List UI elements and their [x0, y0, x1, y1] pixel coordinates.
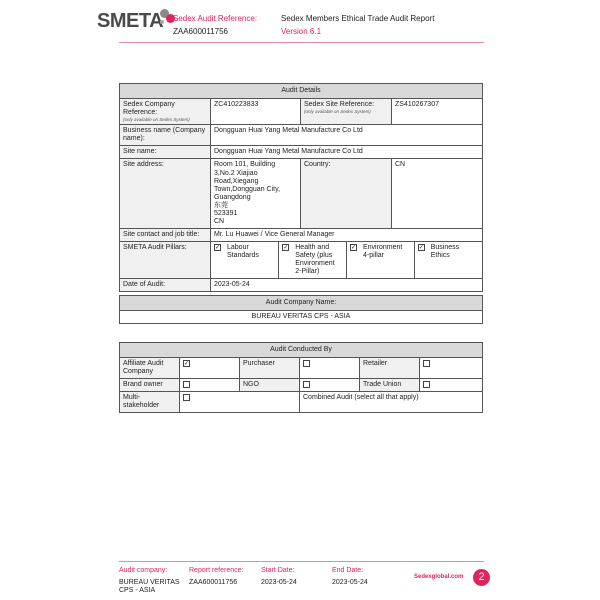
date-label: Date of Audit: — [120, 279, 211, 292]
site-address-label: Site address: — [120, 159, 211, 228]
conducted-by-table: Audit Conducted By Affiliate Audit Compa… — [119, 342, 483, 413]
checkbox-icon[interactable] — [183, 381, 190, 388]
contact-value: Mr. Lu Huawei / Vice General Manager — [211, 228, 483, 241]
company-ref-label: Sedex Company Reference: (only available… — [120, 99, 211, 125]
option-trade-union-label: Trade Union — [360, 379, 420, 392]
combined-audit-label: Combined Audit (select all that apply) — [300, 392, 483, 413]
address-line: CN — [214, 218, 297, 226]
option-multi-stakeholder-cell — [180, 392, 300, 413]
business-name-label: Business name (Company name): — [120, 125, 211, 146]
pillar-label: Health and Safety (plus Environment 2-Pi… — [295, 244, 339, 276]
logo-dot-icon — [160, 20, 164, 24]
option-affiliate-label: Affiliate Audit Company — [120, 358, 180, 379]
contact-label: Site contact and job title: — [120, 228, 211, 241]
option-affiliate-cell: ✓ — [180, 358, 240, 379]
option-multi-stakeholder-label: Multi-stakeholder — [120, 392, 180, 413]
checkbox-checked-icon[interactable]: ✓ — [418, 244, 425, 251]
pillar-label: Labour Standards — [227, 244, 265, 260]
audit-company-value: BUREAU VERITAS CPS - ASIA — [120, 311, 483, 324]
option-brand-owner-cell — [180, 379, 240, 392]
option-purchaser-cell — [300, 358, 360, 379]
footer-audit-company-value: BUREAU VERITAS CPS - ASIA — [119, 579, 185, 594]
logo-text: SMETA — [97, 10, 163, 33]
footer-end-label: End Date: — [332, 567, 363, 574]
audit-ref-value: ZAA600011756 — [173, 27, 228, 36]
pillar-label: Business Ethics — [431, 244, 465, 260]
footer-start-label: Start Date: — [261, 567, 294, 574]
site-ref-note: (only available on Sedex System) — [304, 109, 388, 114]
address-line: 523391 — [214, 210, 297, 218]
option-brand-owner-label: Brand owner — [120, 379, 180, 392]
company-ref-value: ZC410223833 — [211, 99, 301, 125]
pillar-business-ethics: ✓Business Ethics — [414, 242, 482, 278]
address-line: Room 101, Building — [214, 161, 297, 169]
business-name-value: Dongguan Huai Yang Metal Manufacture Co … — [211, 125, 483, 146]
pillars-label: SMETA Audit Pillars: — [120, 241, 211, 278]
header-divider — [119, 42, 484, 43]
checkbox-checked-icon[interactable]: ✓ — [183, 360, 190, 367]
footer-report-ref-value: ZAA600011756 — [189, 579, 237, 587]
checkbox-icon[interactable] — [303, 381, 310, 388]
country-value: CN — [392, 159, 483, 228]
option-retailer-cell — [420, 358, 483, 379]
option-ngo-cell — [300, 379, 360, 392]
address-line: 3,No.2 Xiajiao — [214, 170, 297, 178]
pillar-labour: ✓Labour Standards — [211, 242, 279, 278]
footer-site-link[interactable]: Sedexglobal.com — [414, 574, 463, 580]
footer-audit-company-label: Audit company: — [119, 567, 167, 574]
checkbox-checked-icon[interactable]: ✓ — [350, 244, 357, 251]
checkbox-icon[interactable] — [423, 360, 430, 367]
company-ref-note: (only available on Sedex System) — [123, 117, 207, 122]
pillars-table: ✓Labour Standards ✓Health and Safety (pl… — [211, 242, 482, 278]
site-ref-value: ZS410267307 — [392, 99, 483, 125]
site-ref-label-text: Sedex Site Reference: — [304, 101, 374, 108]
date-value: 2023-05-24 — [211, 279, 483, 292]
country-label: Country: — [301, 159, 392, 228]
company-ref-label-text: Sedex Company Reference: — [123, 101, 175, 116]
checkbox-checked-icon[interactable]: ✓ — [214, 244, 221, 251]
address-line: Town,Dongguan City, — [214, 186, 297, 194]
site-address-value: Room 101, Building 3,No.2 Xiajiao Road,X… — [211, 159, 301, 228]
site-name-label: Site name: — [120, 146, 211, 159]
audit-details-title: Audit Details — [120, 84, 483, 99]
address-line: Road,Xiegang — [214, 178, 297, 186]
site-ref-label: Sedex Site Reference: (only available on… — [301, 99, 392, 125]
option-purchaser-label: Purchaser — [240, 358, 300, 379]
checkbox-icon[interactable] — [423, 381, 430, 388]
audit-details-table: Audit Details Sedex Company Reference: (… — [119, 83, 483, 292]
pillars-cell: ✓Labour Standards ✓Health and Safety (pl… — [211, 241, 483, 278]
address-line: 东莞 — [214, 202, 297, 210]
audit-company-table: Audit Company Name: BUREAU VERITAS CPS -… — [119, 295, 483, 324]
pillar-environment: ✓Environment 4-pillar — [347, 242, 415, 278]
audit-company-title: Audit Company Name: — [120, 296, 483, 311]
checkbox-icon[interactable] — [303, 360, 310, 367]
option-ngo-label: NGO — [240, 379, 300, 392]
option-retailer-label: Retailer — [360, 358, 420, 379]
footer-end-value: 2023-05-24 — [332, 579, 368, 587]
checkbox-icon[interactable] — [183, 394, 190, 401]
report-title: Sedex Members Ethical Trade Audit Report — [281, 14, 434, 23]
site-name-value: Dongguan Huai Yang Metal Manufacture Co … — [211, 146, 483, 159]
option-trade-union-cell — [420, 379, 483, 392]
conducted-by-title: Audit Conducted By — [120, 343, 483, 358]
pillar-health-safety: ✓Health and Safety (plus Environment 2-P… — [279, 242, 347, 278]
address-line: Guangdong — [214, 194, 297, 202]
checkbox-checked-icon[interactable]: ✓ — [282, 244, 289, 251]
footer-start-value: 2023-05-24 — [261, 579, 297, 587]
audit-ref-label: Sedex Audit Reference: — [173, 14, 257, 23]
footer-report-ref-label: Report reference: — [189, 567, 243, 574]
page-number-badge: 2 — [473, 569, 490, 586]
pillar-label: Environment 4-pillar — [363, 244, 407, 260]
footer-divider — [119, 561, 484, 562]
report-version: Version 6.1 — [281, 27, 321, 36]
